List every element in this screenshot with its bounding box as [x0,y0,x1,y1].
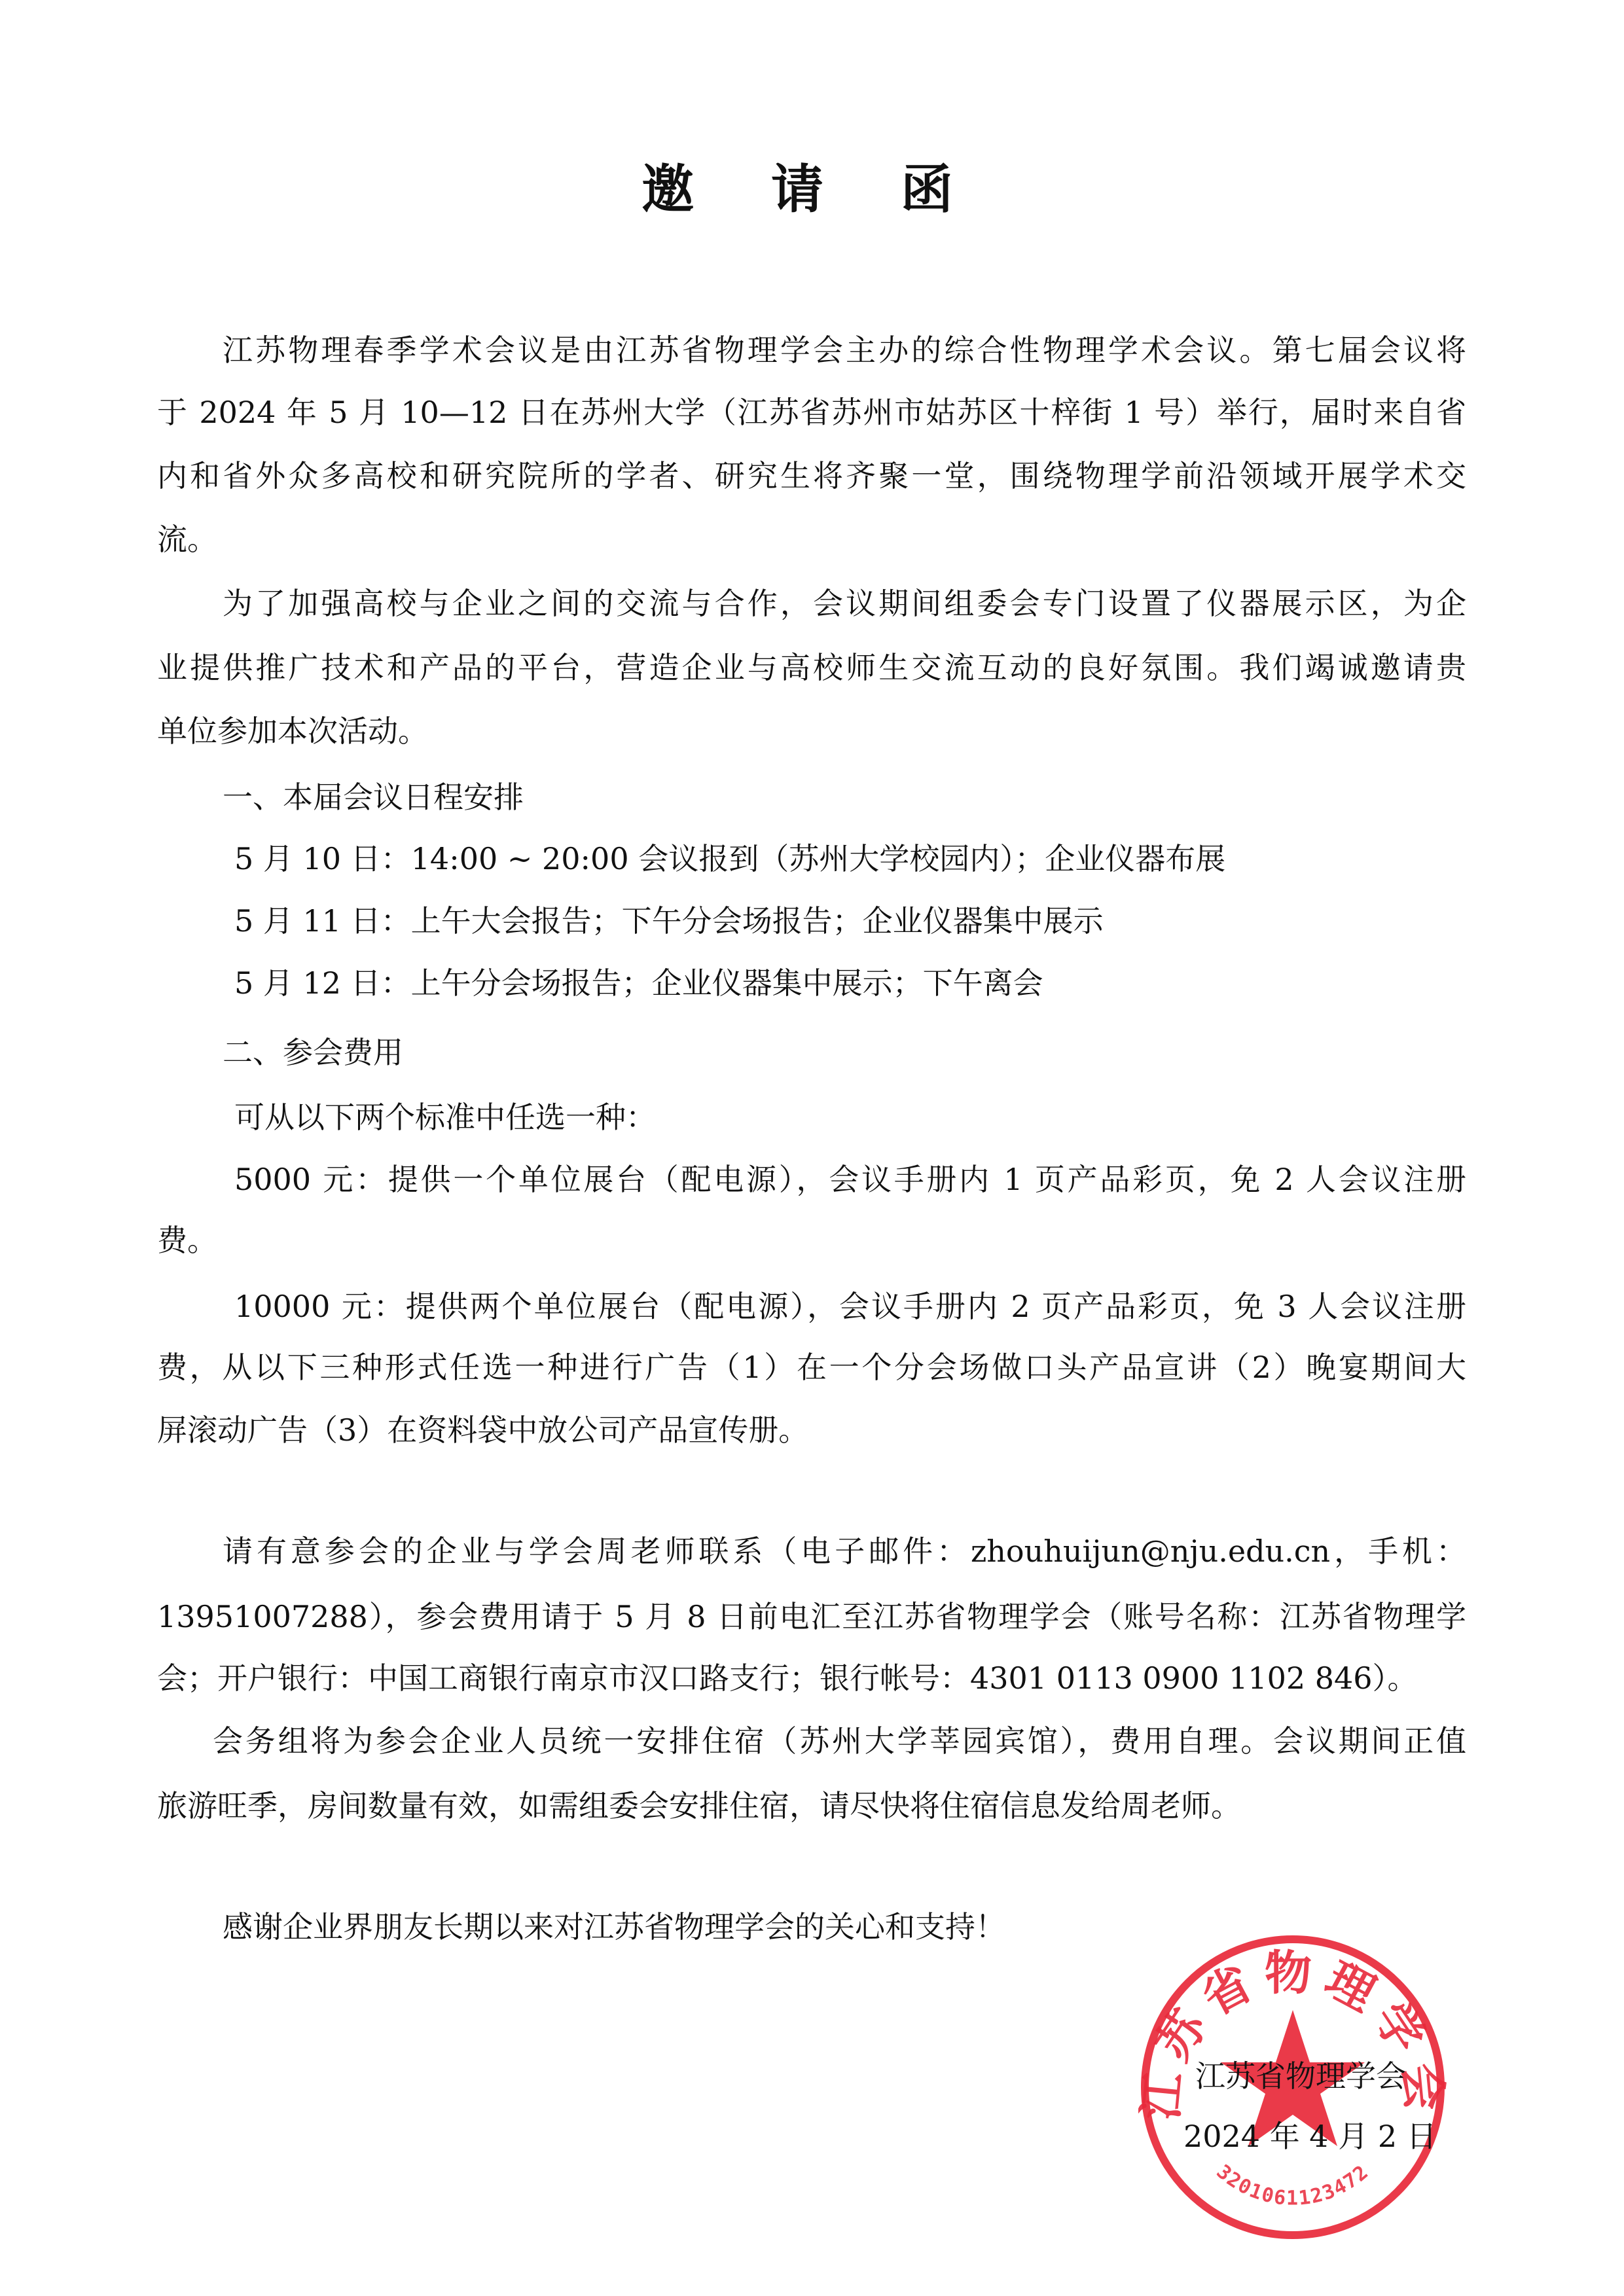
fee-option-10000-line-2: 费，从以下三种形式任选一种进行广告（1）在一个分会场做口头产品宣讲（2）晚宴期间… [157,1348,1466,1387]
svg-text:3201061123472: 3201061123472 [1212,2161,1374,2210]
paragraph-1-line-1: 江苏物理春季学术会议是由江苏省物理学会主办的综合性物理学术会议。第七届会议将 [223,331,1466,370]
document-title: 邀 请 函 [0,157,1624,223]
paragraph-2-line-3: 单位参加本次活动。 [157,711,1466,751]
fee-option-5000-line-1: 5000 元：提供一个单位展台（配电源），会议手册内 1 页产品彩页，免 2 人… [234,1160,1466,1199]
section-1-heading: 一、本届会议日程安排 [223,778,1466,817]
contact-line-3: 会；开户银行：中国工商银行南京市汉口路支行；银行帐号：4301 0113 090… [157,1659,1466,1698]
paragraph-1-line-4: 流。 [157,520,1466,559]
fee-intro: 可从以下两个标准中任选一种： [234,1098,1466,1137]
fee-option-10000-line-3: 屏滚动广告（3）在资料袋中放公司产品宣传册。 [157,1410,1466,1450]
paragraph-1-line-3: 内和省外众多高校和研究院所的学者、研究生将齐聚一堂，围绕物理学前沿领域开展学术交 [157,456,1466,495]
seal-number: 3201061123472 [1212,2161,1374,2210]
signature-date: 2024 年 4 月 2 日 [1183,2120,1437,2153]
accommodation-line-2: 旅游旺季，房间数量有效，如需组委会安排住宿，请尽快将住宿信息发给周老师。 [157,1786,1466,1825]
section-2-heading: 二、参会费用 [223,1033,1466,1072]
invitation-letter-page: 邀 请 函 江苏物理春季学术会议是由江苏省物理学会主办的综合性物理学术会议。第七… [0,0,1624,2296]
schedule-item-may-11: 5 月 11 日：上午大会报告；下午分会场报告；企业仪器集中展示 [234,901,1466,941]
paragraph-1-line-2: 于 2024 年 5 月 10—12 日在苏州大学（江苏省苏州市姑苏区十梓街 1… [157,393,1466,432]
schedule-item-may-12: 5 月 12 日：上午分会场报告；企业仪器集中展示；下午离会 [234,963,1466,1003]
fee-option-5000-line-2: 费。 [157,1221,1466,1260]
contact-line-1: 请有意参会的企业与学会周老师联系（电子邮件：zhouhuijun@nju.edu… [223,1532,1466,1571]
schedule-item-may-10: 5 月 10 日：14:00 ~ 20:00 会议报到（苏州大学校园内）；企业仪… [234,839,1466,878]
contact-line-2: 13951007288），参会费用请于 5 月 8 日前电汇至江苏省物理学会（账… [157,1597,1466,1636]
fee-option-10000-line-1: 10000 元：提供两个单位展台（配电源），会议手册内 2 页产品彩页，免 3 … [234,1287,1466,1326]
paragraph-2-line-2: 业提供推广技术和产品的平台，营造企业与高校师生交流互动的良好氛围。我们竭诚邀请贵 [157,648,1466,687]
signature-organization: 江苏省物理学会 [1195,2060,1406,2092]
paragraph-2-line-1: 为了加强高校与企业之间的交流与合作，会议期间组委会专门设置了仪器展示区，为企 [223,584,1466,623]
accommodation-line-1: 会务组将为参会企业人员统一安排住宿（苏州大学莘园宾馆），费用自理。会议期间正值 [213,1721,1466,1761]
